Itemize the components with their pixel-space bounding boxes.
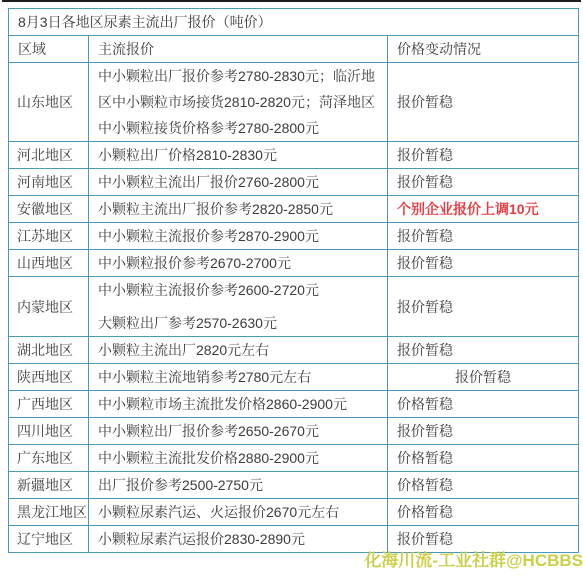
region-cell: 山西地区: [9, 250, 89, 277]
change-cell: 价格暂稳: [388, 391, 579, 418]
quote-cell: 中小颗粒主流报价参考2600-2720元大颗粒出厂参考2570-2630元: [89, 277, 388, 337]
change-cell: 报价暂稳: [388, 250, 579, 277]
quote-cell: 小颗粒主流出厂2820元左右: [89, 337, 388, 364]
header-row: 区域 主流报价 价格变动情况: [9, 36, 579, 63]
quote-line: 中小颗粒出厂报价参考2650-2670元: [98, 418, 378, 444]
region-cell: 山东地区: [9, 63, 89, 142]
region-cell: 江苏地区: [9, 223, 89, 250]
change-cell: 报价暂稳: [388, 169, 579, 196]
region-cell: 河南地区: [9, 169, 89, 196]
change-cell: 个别企业报价上调10元: [388, 196, 579, 223]
table-row: 广西地区中小颗粒市场主流批发价格2860-2900元价格暂稳: [9, 391, 579, 418]
title-row: 8月3日各地区尿素主流出厂报价（吨价）: [9, 9, 579, 36]
table-row: 广东地区中小颗粒主流批发价格2880-2900元价格暂稳: [9, 445, 579, 472]
quote-cell: 中小颗粒市场主流批发价格2860-2900元: [89, 391, 388, 418]
region-cell: 新疆地区: [9, 472, 89, 499]
quote-line: 中小颗粒主流批发价格2880-2900元: [98, 445, 378, 471]
quote-cell: 小颗粒出厂价格2810-2830元: [89, 142, 388, 169]
change-cell: 报价暂稳: [388, 364, 579, 391]
price-table-body: 山东地区中小颗粒出厂报价参考2780-2830元；临沂地区中小颗粒市场接货281…: [9, 63, 579, 553]
quote-cell: 中小颗粒出厂报价参考2650-2670元: [89, 418, 388, 445]
change-cell: 报价暂稳: [388, 337, 579, 364]
page: 8月3日各地区尿素主流出厂报价（吨价） 区域 主流报价 价格变动情况 山东地区中…: [0, 0, 583, 582]
table-row: 山西地区中小颗粒报价参考2670-2700元报价暂稳: [9, 250, 579, 277]
region-cell: 广西地区: [9, 391, 89, 418]
table-row: 安徽地区小颗粒主流出厂报价参考2820-2850元个别企业报价上调10元: [9, 196, 579, 223]
region-cell: 河北地区: [9, 142, 89, 169]
quote-cell: 小颗粒主流出厂报价参考2820-2850元: [89, 196, 388, 223]
quote-line: 中小颗粒市场主流批发价格2860-2900元: [98, 391, 378, 417]
table-row: 内蒙地区中小颗粒主流报价参考2600-2720元大颗粒出厂参考2570-2630…: [9, 277, 579, 337]
region-cell: 四川地区: [9, 418, 89, 445]
quote-cell: 出厂报价参考2500-2750元: [89, 472, 388, 499]
table-row: 新疆地区出厂报价参考2500-2750元价格暂稳: [9, 472, 579, 499]
table-row: 湖北地区小颗粒主流出厂2820元左右报价暂稳: [9, 337, 579, 364]
column-header-region: 区域: [9, 36, 89, 63]
quote-line: 小颗粒尿素汽运报价2830-2890元: [98, 526, 378, 552]
table-row: 黑龙江地区小颗粒尿素汽运、火运报价2670元左右价格暂稳: [9, 499, 579, 526]
quote-line: 出厂报价参考2500-2750元: [98, 472, 378, 498]
region-cell: 黑龙江地区: [9, 499, 89, 526]
watermark: 化海川流-工业社群@HCBBS: [364, 546, 583, 571]
table-row: 河北地区小颗粒出厂价格2810-2830元报价暂稳: [9, 142, 579, 169]
quote-cell: 小颗粒尿素汽运报价2830-2890元: [89, 526, 388, 553]
quote-cell: 中小颗粒主流批发价格2880-2900元: [89, 445, 388, 472]
region-cell: 广东地区: [9, 445, 89, 472]
table-row: 山东地区中小颗粒出厂报价参考2780-2830元；临沂地区中小颗粒市场接货281…: [9, 63, 579, 142]
quote-line: 中小颗粒主流出厂报价2760-2800元: [98, 169, 378, 195]
table-title: 8月3日各地区尿素主流出厂报价（吨价）: [9, 9, 579, 36]
table-row: 河南地区中小颗粒主流出厂报价2760-2800元报价暂稳: [9, 169, 579, 196]
change-cell: 报价暂稳: [388, 63, 579, 142]
column-header-quote: 主流报价: [89, 36, 388, 63]
quote-line: 中小颗粒主流报价参考2870-2900元: [98, 223, 378, 249]
region-cell: 陕西地区: [9, 364, 89, 391]
quote-line: 中小颗粒出厂报价参考2780-2830元；临沂地区中小颗粒市场接货2810-28…: [98, 63, 378, 141]
urea-price-table: 8月3日各地区尿素主流出厂报价（吨价） 区域 主流报价 价格变动情况 山东地区中…: [8, 8, 579, 553]
change-cell: 报价暂稳: [388, 277, 579, 337]
quote-cell: 中小颗粒主流出厂报价2760-2800元: [89, 169, 388, 196]
table-row: 陕西地区中小颗粒主流地销参考2780元左右报价暂稳: [9, 364, 579, 391]
region-cell: 内蒙地区: [9, 277, 89, 337]
change-cell: 价格暂稳: [388, 499, 579, 526]
region-cell: 湖北地区: [9, 337, 89, 364]
quote-cell: 小颗粒尿素汽运、火运报价2670元左右: [89, 499, 388, 526]
quote-line: 大颗粒出厂参考2570-2630元: [98, 310, 378, 336]
table-row: 四川地区中小颗粒出厂报价参考2650-2670元报价暂稳: [9, 418, 579, 445]
change-cell: 价格暂稳: [388, 472, 579, 499]
quote-line: 中小颗粒主流报价参考2600-2720元: [98, 277, 378, 303]
quote-line: 小颗粒主流出厂报价参考2820-2850元: [98, 196, 378, 222]
quote-cell: 中小颗粒报价参考2670-2700元: [89, 250, 388, 277]
column-header-change: 价格变动情况: [388, 36, 579, 63]
quote-cell: 中小颗粒出厂报价参考2780-2830元；临沂地区中小颗粒市场接货2810-28…: [89, 63, 388, 142]
change-cell: 报价暂稳: [388, 142, 579, 169]
quote-line: 中小颗粒主流地销参考2780元左右: [98, 364, 378, 390]
quote-cell: 中小颗粒主流地销参考2780元左右: [89, 364, 388, 391]
window-top-edge-line: [2, 0, 581, 2]
change-cell: 报价暂稳: [388, 223, 579, 250]
quote-line: 小颗粒尿素汽运、火运报价2670元左右: [98, 499, 378, 525]
region-cell: 安徽地区: [9, 196, 89, 223]
change-cell: 价格暂稳: [388, 445, 579, 472]
quote-line: 中小颗粒报价参考2670-2700元: [98, 250, 378, 276]
quote-cell: 中小颗粒主流报价参考2870-2900元: [89, 223, 388, 250]
quote-line: 小颗粒出厂价格2810-2830元: [98, 142, 378, 168]
quote-line: 小颗粒主流出厂2820元左右: [98, 337, 378, 363]
change-cell: 报价暂稳: [388, 418, 579, 445]
region-cell: 辽宁地区: [9, 526, 89, 553]
table-row: 江苏地区中小颗粒主流报价参考2870-2900元报价暂稳: [9, 223, 579, 250]
